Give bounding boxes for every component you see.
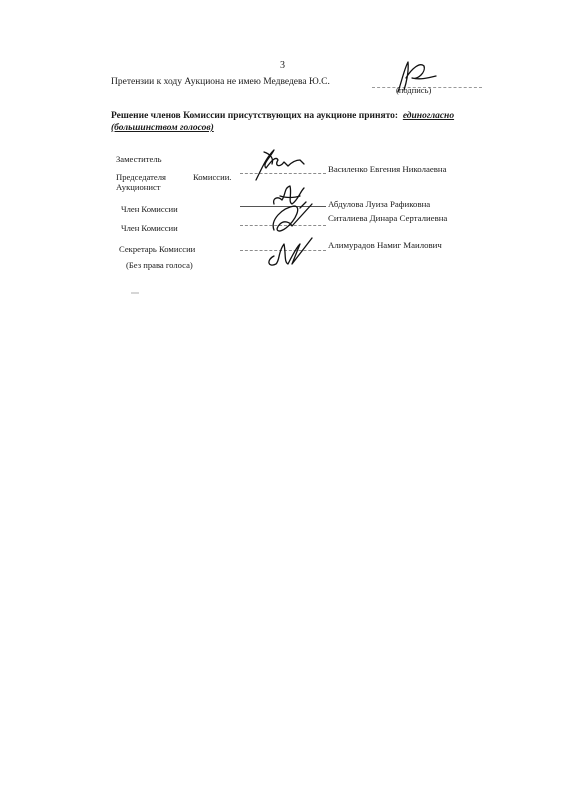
role-deputy: Заместитель: [116, 154, 162, 164]
decision-result-unanimous: единогласно: [403, 111, 454, 121]
role-member: Член Комиссии: [121, 204, 178, 214]
signature-vasilenko-icon: [252, 146, 312, 182]
signature-caption: (подпись): [396, 85, 431, 95]
scan-artifact: [131, 292, 139, 294]
role-chairman: Председателя: [116, 172, 166, 182]
member-name: Василенко Евгения Николаевна: [328, 164, 447, 174]
member-name: Алимурадов Намиг Маилович: [328, 240, 442, 250]
signature-alimuradov-icon: [264, 226, 320, 268]
role-member: Член Комиссии: [121, 223, 178, 233]
page-number: 3: [280, 60, 285, 71]
role-secretary: Секретарь Комиссии: [119, 244, 195, 254]
member-name: Ситалиева Динара Серталиевна: [328, 213, 447, 223]
decision-text: Решение членов Комиссии присутствующих н…: [111, 111, 398, 121]
role-commission: Комиссии.: [193, 172, 231, 182]
decision-statement: Решение членов Комиссии присутствующих н…: [111, 110, 479, 134]
role-no-vote: (Без права голоса): [126, 260, 193, 270]
role-auctioneer: Аукционист: [116, 182, 161, 192]
member-name: Абдулова Луиза Рафиковна: [328, 199, 430, 209]
decision-result-majority: (большинством голосов): [111, 123, 214, 133]
claims-statement: Претензии к ходу Аукциона не имею Медвед…: [111, 77, 330, 87]
